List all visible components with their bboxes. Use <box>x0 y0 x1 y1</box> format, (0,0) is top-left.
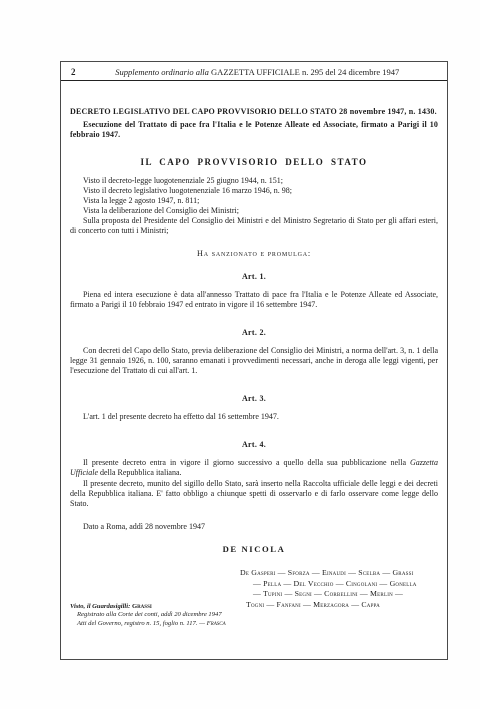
article-4-text-1-a: Il presente decreto entra in vigore il g… <box>83 458 410 467</box>
preamble: Visto il decreto-legge luogotenenziale 2… <box>70 176 438 236</box>
gazette-issue-label: GAZZETTA UFFICIALE n. 295 del 24 dicembr… <box>211 67 399 77</box>
head-of-state-signature: DE NICOLA <box>70 544 438 554</box>
article-4-text-1: Il presente decreto entra in vigore il g… <box>70 458 438 478</box>
visto-label: Visto, il Guardasigilli: <box>70 603 130 610</box>
preamble-line: Vista la legge 2 agosto 1947, n. 811; <box>70 196 438 206</box>
countersignature-line: — Tupini — Segni — Corbellini — Merlin — <box>240 589 436 600</box>
dateline: Dato a Roma, addì 28 novembre 1947 <box>70 522 438 532</box>
preamble-line: Vista la deliberazione del Consiglio dei… <box>70 206 438 216</box>
registrar-name: Frasca <box>207 620 226 627</box>
decree-body: DECRETO LEGISLATIVO DEL CAPO PROVVISORIO… <box>61 81 447 628</box>
preamble-line: Visto il decreto legislativo luogotenenz… <box>70 186 438 196</box>
atti-text: Atti del Governo, registro n. 15, foglio… <box>77 620 207 627</box>
atti-governo-line: Atti del Governo, registro n. 15, foglio… <box>70 620 310 628</box>
running-head-title: Supplemento ordinario alla GAZZETTA UFFI… <box>76 67 440 77</box>
preamble-line: Visto il decreto-legge luogotenenziale 2… <box>70 176 438 186</box>
promulgation-formula: Ha sanzionato e promulga: <box>70 249 438 259</box>
article-1-heading: Art. 1. <box>70 272 438 282</box>
article-4-heading: Art. 4. <box>70 440 438 450</box>
article-3-text: L'art. 1 del presente decreto ha effetto… <box>70 412 438 422</box>
article-4-text-2: Il presente decreto, munito del sigillo … <box>70 479 438 509</box>
supplement-label: Supplemento ordinario alla <box>115 67 209 77</box>
article-2-heading: Art. 2. <box>70 328 438 338</box>
guardasigilli-name: Grassi <box>132 603 152 610</box>
decree-title: DECRETO LEGISLATIVO DEL CAPO PROVVISORIO… <box>70 107 438 117</box>
article-2-text: Con decreti del Capo dello Stato, previa… <box>70 346 438 376</box>
article-1-text: Piena ed intera esecuzione è data all'an… <box>70 290 438 310</box>
court-registration-line: Registrato alla Corte dei conti, addì 20… <box>70 611 310 619</box>
countersignature-line: De Gasperi — Sforza — Einaudi — Scelba —… <box>240 568 436 579</box>
countersignatures: De Gasperi — Sforza — Einaudi — Scelba —… <box>240 568 436 610</box>
article-3-heading: Art. 3. <box>70 394 438 404</box>
running-head: 2 Supplemento ordinario alla GAZZETTA UF… <box>61 62 447 81</box>
countersignature-line: Togni — Fanfani — Merzagora — Cappa <box>240 600 436 611</box>
scanned-gazette-page: 2 Supplemento ordinario alla GAZZETTA UF… <box>60 61 448 660</box>
decree-subtitle: Esecuzione del Trattato di pace fra l'It… <box>70 120 438 140</box>
article-4-text-1-b: della Repubblica italiana. <box>98 468 182 477</box>
head-of-state-heading: IL CAPO PROVVISORIO DELLO STATO <box>70 157 438 167</box>
countersignature-line: — Pella — Del Vecchio — Cingolani — Gone… <box>240 579 436 590</box>
preamble-line: Sulla proposta del Presidente del Consig… <box>70 216 438 236</box>
